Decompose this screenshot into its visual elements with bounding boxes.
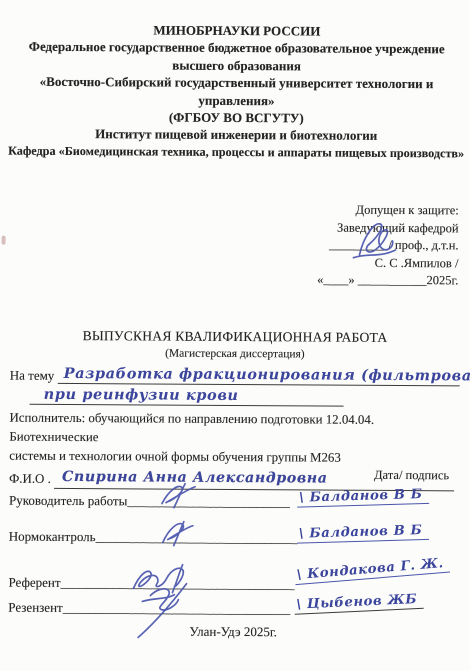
department-head-signature [349,217,399,265]
thesis-title-page: МИНОБРНАУКИ РОССИИ Федеральное государст… [0,0,470,671]
topic-label: На тему [10,368,55,383]
topic-line: На тему Разработка фракционирования (фил… [10,365,460,387]
supervisor-row: Руководитель работы_____________________… [9,493,290,511]
supervisor-label: Руководитель работы [9,493,127,509]
reviewer-name-handwritten: \ Цыбенов ЖБ [294,592,424,615]
topic-handwritten-line-1: Разработка фракционирования (фильтровани… [58,365,460,386]
fio-label: Ф.И.О . [9,471,51,485]
normcontrol-row: Нормокантроль___________________________… [9,529,297,547]
executor-line-1: Исполнитель: обучающийся по направлению … [9,409,463,450]
work-title-block: ВЫПУСКНАЯ КВАЛИФИКАЦИОННАЯ РАБОТА (Магис… [0,328,470,362]
executor-line-2: системы и технологии очной формы обучени… [9,447,463,469]
date-signature-label: Дата/ подпись [374,468,449,483]
topic-handwritten-line-2: при реинфузии крови [30,386,344,407]
scan-artifact [2,236,6,245]
topic-line-2: при реинфузии крови [30,386,344,407]
normcontrol-label: Нормокантроль [9,529,96,545]
normcontrol-signature [157,519,201,547]
header-line-department: Кафедра «Биомедицинская техника, процесс… [1,142,470,162]
footer-city-year: Улан-Удэ 2025г. [0,623,468,642]
scanned-page-content: МИНОБРНАУКИ РОССИИ Федеральное государст… [0,0,470,671]
header-line-federal: Федеральное государственное бюджетное об… [2,38,470,58]
work-title: ВЫПУСКНАЯ КВАЛИФИКАЦИОННАЯ РАБОТА [0,328,470,347]
header-block: МИНОБРНАУКИ РОССИИ Федеральное государст… [1,21,470,163]
approval-date-blank-line: «____» ___________2025г. [317,272,458,290]
work-subtitle: (Магистерская диссертация) [0,347,470,362]
supervisor-name-handwritten: \ Балданов В Б [297,487,429,508]
header-line-university-1: «Восточно-Сибирский государственный унив… [1,73,470,93]
referent-name-handwritten: \ Кондакова Г. Ж. [294,556,450,586]
referent-label: Референт [8,575,60,590]
normcontrol-name-handwritten: \ Балданов В Б [297,523,429,544]
reviewer-label: Резензент [8,600,62,615]
supervisor-signature [157,482,201,510]
supervisor-blank-line: _________________________ [127,493,290,509]
